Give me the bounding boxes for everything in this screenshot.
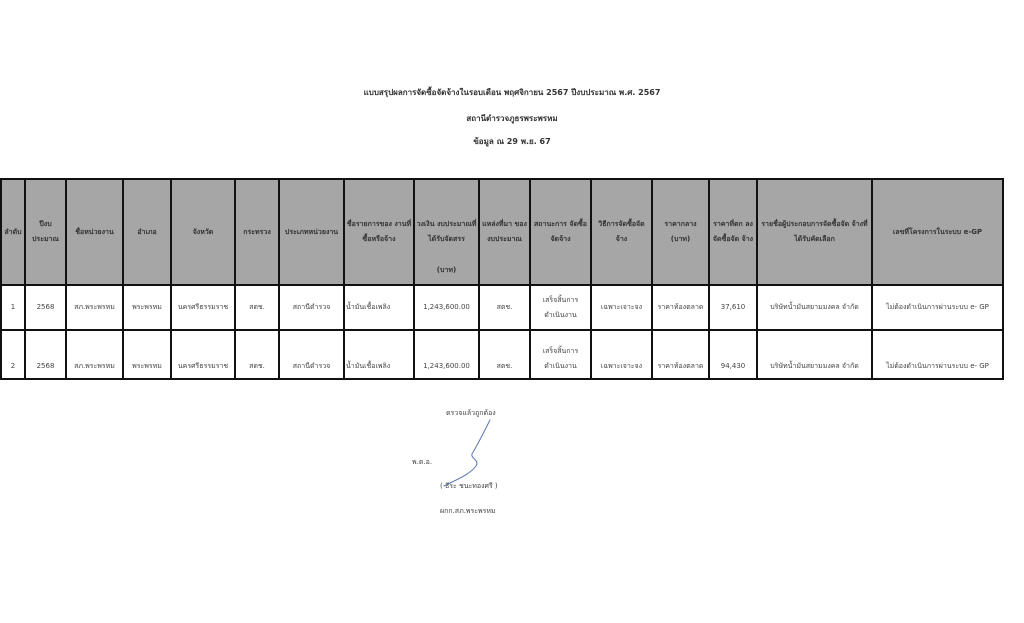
column-header: จังหวัด (171, 179, 235, 285)
cell-status: เสร็จสิ้นการ ดำเนินงาน (530, 330, 591, 379)
cell-method: เฉพาะเจาะจง (591, 285, 652, 330)
cell-province: นครศรีธรรมราช (171, 330, 235, 379)
cell-vendor: บริษัทน้ำมันสยามมงคล จำกัด (757, 285, 872, 330)
procurement-summary-table: ลำดับปีงบ ประมาณชื่อหน่วยงานอำเภอจังหวัด… (0, 178, 1004, 380)
cell-ref-price: ราคาท้องตลาด (652, 330, 709, 379)
cell-unit: สภ.พระพรหม (66, 285, 123, 330)
cell-agreed-price: 37,610 (709, 285, 757, 330)
cell-district: พระพรหม (123, 285, 171, 330)
cell-ministry: สตช. (235, 285, 279, 330)
column-header: เลขที่โครงการในระบบ e-GP (872, 179, 1003, 285)
column-header: ประเภทหน่วยงาน (279, 179, 344, 285)
column-header: วงเงิน งบประมาณที่ ได้รับจัดสรร(บาท) (414, 179, 479, 285)
cell-ref-price: ราคาท้องตลาด (652, 285, 709, 330)
as-of-date: ข้อมูล ณ 29 พ.ย. 67 (0, 135, 1024, 148)
signer-position: ผกก.สภ.พระพรหม (440, 506, 496, 517)
table-row: 22568สภ.พระพรหมพระพรหมนครศรีธรรมราชสตช.ส… (1, 330, 1003, 379)
cell-unit-type: สถานีตำรวจ (279, 330, 344, 379)
cell-method: เฉพาะเจาะจง (591, 330, 652, 379)
organization-name: สถานีตำรวจภูธรพระพรหม (0, 112, 1024, 125)
cell-no: 1 (1, 285, 25, 330)
signature-mark (440, 418, 500, 490)
cell-unit: สภ.พระพรหม (66, 330, 123, 379)
document-title: แบบสรุปผลการจัดซื้อจัดจ้างในรอบเดือน พฤศ… (0, 86, 1024, 99)
column-header: ชื่อรายการของ งานที่ซื้อหรือจ้าง (344, 179, 414, 285)
cell-year: 2568 (25, 285, 66, 330)
cell-district: พระพรหม (123, 330, 171, 379)
cell-year: 2568 (25, 330, 66, 379)
budget-unit-label: (บาท) (415, 263, 478, 278)
cell-status: เสร็จสิ้นการ ดำเนินงาน (530, 285, 591, 330)
cell-ministry: สตช. (235, 330, 279, 379)
budget-header-label: วงเงิน งบประมาณที่ ได้รับจัดสรร (416, 217, 477, 247)
cell-egp: ไม่ต้องดำเนินการผ่านระบบ e- GP (872, 330, 1003, 379)
table-header-row: ลำดับปีงบ ประมาณชื่อหน่วยงานอำเภอจังหวัด… (1, 179, 1003, 285)
column-header: ราคากลาง (บาท) (652, 179, 709, 285)
column-header: สถานะการ จัดซื้อจัดจ้าง (530, 179, 591, 285)
column-header: อำเภอ (123, 179, 171, 285)
cell-egp: ไม่ต้องดำเนินการผ่านระบบ e- GP (872, 285, 1003, 330)
column-header: วิธีการจัดซื้อจัด จ้าง (591, 179, 652, 285)
column-header: รายชื่อผู้ประกอบการจัดซื้อจัด จ้างที่ได้… (757, 179, 872, 285)
column-header: ลำดับ (1, 179, 25, 285)
cell-no: 2 (1, 330, 25, 379)
cell-item: น้ำมันเชื้อเพลิง (344, 285, 414, 330)
table-row: 12568สภ.พระพรหมพระพรหมนครศรีธรรมราชสตช.ส… (1, 285, 1003, 330)
column-header: ราคาที่ตก ลงจัดซื้อจัด จ้าง (709, 179, 757, 285)
column-header: ปีงบ ประมาณ (25, 179, 66, 285)
cell-vendor: บริษัทน้ำมันสยามมงคล จำกัด (757, 330, 872, 379)
cell-source: สตช. (479, 330, 530, 379)
cell-agreed-price: 94,430 (709, 330, 757, 379)
cell-budget: 1,243,600.00 (414, 330, 479, 379)
signer-rank: พ.ต.อ. (412, 457, 432, 468)
column-header: กระทรวง (235, 179, 279, 285)
cell-budget: 1,243,600.00 (414, 285, 479, 330)
cell-item: น้ำมันเชื้อเพลิง (344, 330, 414, 379)
cell-source: สตช. (479, 285, 530, 330)
column-header: แหล่งที่มา ของ งบประมาณ (479, 179, 530, 285)
column-header: ชื่อหน่วยงาน (66, 179, 123, 285)
cell-unit-type: สถานีตำรวจ (279, 285, 344, 330)
cell-province: นครศรีธรรมราช (171, 285, 235, 330)
